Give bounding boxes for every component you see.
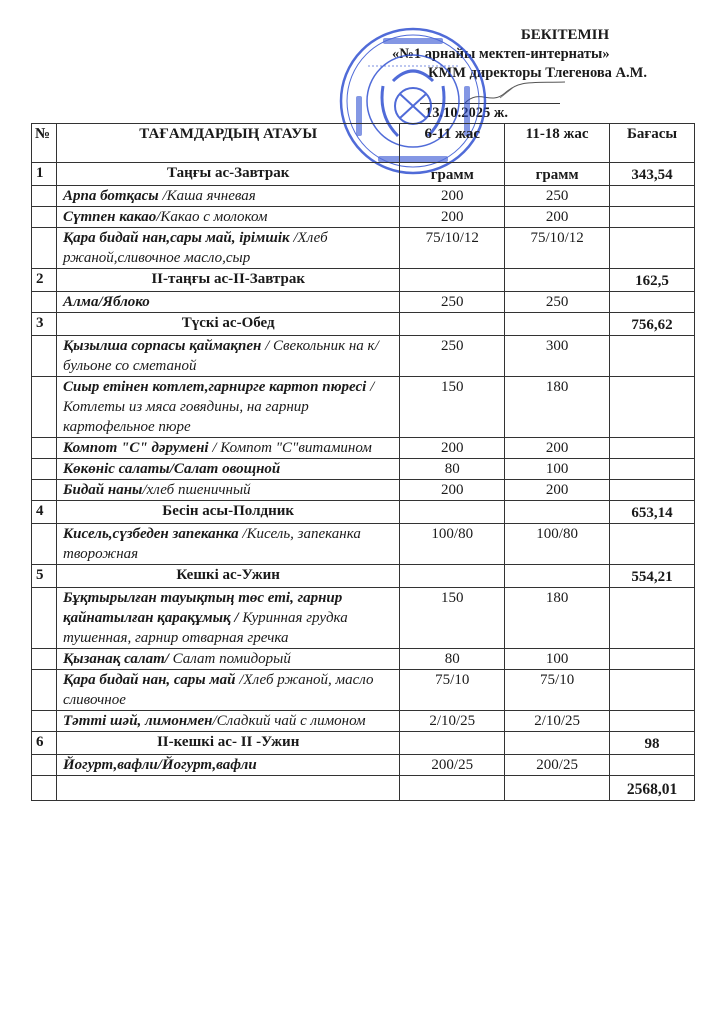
empty-cell	[505, 269, 610, 292]
empty-cell	[610, 670, 695, 711]
dish-name: Компот "С" дәрумені / Компот "С"витамино…	[56, 438, 399, 459]
dish-name: Қара бидай нан, сары май /Хлеб ржаной, м…	[56, 670, 399, 711]
dish-name-kazakh: Кисель,сүзбеден запеканка	[63, 526, 242, 542]
section-number: 1	[32, 163, 57, 186]
meal-section-row: 1Таңғы ас-Завтракграммграмм343,54	[32, 163, 695, 186]
empty-cell	[32, 459, 57, 480]
header-age-11-18: 11-18 жас	[505, 124, 610, 163]
dish-name: Бидай наны/хлеб пшеничный	[56, 480, 399, 501]
dish-name: Сүтпен какао/Какао с молоком	[56, 207, 399, 228]
total-price: 2568,01	[610, 776, 695, 801]
header-number: №	[32, 124, 57, 163]
dish-name-kazakh: Арпа ботқасы	[63, 188, 162, 204]
empty-cell	[610, 186, 695, 207]
empty-cell	[400, 732, 505, 755]
dish-name-kazakh: Тәтті шәй, лимонмен	[63, 713, 212, 729]
dish-name-kazakh: Көкөніс салаты/Салат овощной	[63, 461, 280, 477]
section-title: Түскі ас-Обед	[56, 313, 399, 336]
dish-name-kazakh: Компот "С" дәрумені	[63, 440, 212, 456]
empty-cell	[505, 313, 610, 336]
portion-11-18: 300	[505, 336, 610, 377]
menu-table: № ТАҒАМДАРДЫҢ АТАУЫ 6-11 жас 11-18 жас Б…	[31, 123, 695, 801]
empty-cell	[32, 480, 57, 501]
portion-6-11: 75/10	[400, 670, 505, 711]
dish-name-russian: /хлеб пшеничный	[142, 482, 250, 498]
portion-11-18: 100	[505, 649, 610, 670]
total-row: 2568,01	[32, 776, 695, 801]
empty-cell	[610, 480, 695, 501]
portion-6-11: 80	[400, 649, 505, 670]
empty-cell	[610, 207, 695, 228]
section-price: 653,14	[610, 501, 695, 524]
portion-6-11: 200	[400, 438, 505, 459]
empty-cell	[610, 336, 695, 377]
dish-row: Бидай наны/хлеб пшеничный200200	[32, 480, 695, 501]
empty-cell	[32, 776, 57, 801]
unit-grams-11-18: грамм	[505, 163, 610, 186]
empty-cell	[610, 292, 695, 313]
empty-cell	[505, 776, 610, 801]
dish-name: Тәтті шәй, лимонмен/Сладкий чай с лимоно…	[56, 711, 399, 732]
empty-cell	[400, 776, 505, 801]
section-price: 343,54	[610, 163, 695, 186]
empty-cell	[32, 524, 57, 565]
dish-name: Сиыр етінен котлет,гарнирге картоп пюрес…	[56, 377, 399, 438]
unit-grams-6-11: грамм	[400, 163, 505, 186]
empty-cell	[610, 755, 695, 776]
portion-6-11: 150	[400, 377, 505, 438]
meal-section-row: 6ІІ-кешкі ас- ІІ -Ужин98	[32, 732, 695, 755]
header-dish-name: ТАҒАМДАРДЫҢ АТАУЫ	[56, 124, 399, 163]
dish-row: Қызылша сорпасы қаймақпен / Свекольник н…	[32, 336, 695, 377]
section-number: 3	[32, 313, 57, 336]
portion-11-18: 100	[505, 459, 610, 480]
dish-name-kazakh: Алма/Яблоко	[63, 294, 150, 310]
empty-cell	[32, 670, 57, 711]
section-title: Бесін асы-Полдник	[56, 501, 399, 524]
dish-row: Көкөніс салаты/Салат овощной80100	[32, 459, 695, 480]
section-number: 5	[32, 565, 57, 588]
dish-name-russian: / Компот "С"витамином	[212, 440, 372, 456]
portion-11-18: 100/80	[505, 524, 610, 565]
portion-6-11: 75/10/12	[400, 228, 505, 269]
empty-cell	[32, 186, 57, 207]
dish-row: Сиыр етінен котлет,гарнирге картоп пюрес…	[32, 377, 695, 438]
dish-row: Қызанақ салат/ Салат помидорый80100	[32, 649, 695, 670]
empty-cell	[610, 524, 695, 565]
portion-11-18: 2/10/25	[505, 711, 610, 732]
section-number: 4	[32, 501, 57, 524]
section-number: 6	[32, 732, 57, 755]
table-header-row: № ТАҒАМДАРДЫҢ АТАУЫ 6-11 жас 11-18 жас Б…	[32, 124, 695, 163]
dish-name: Йогурт,вафли/Йогурт,вафли	[56, 755, 399, 776]
dish-name-kazakh: Йогурт,вафли/Йогурт,вафли	[63, 757, 257, 773]
portion-11-18: 200/25	[505, 755, 610, 776]
dish-row: Қара бидай нан, сары май /Хлеб ржаной, м…	[32, 670, 695, 711]
empty-cell	[32, 377, 57, 438]
empty-cell	[400, 565, 505, 588]
empty-cell	[610, 459, 695, 480]
dish-name-russian: /Какао с молоком	[156, 209, 267, 225]
portion-11-18: 180	[505, 588, 610, 649]
portion-11-18: 200	[505, 480, 610, 501]
meal-section-row: 5Кешкі ас-Ужин554,21	[32, 565, 695, 588]
empty-cell	[505, 565, 610, 588]
empty-cell	[610, 711, 695, 732]
dish-name-kazakh: Қызанақ салат/	[63, 651, 169, 667]
portion-11-18: 200	[505, 438, 610, 459]
section-title: Кешкі ас-Ужин	[56, 565, 399, 588]
dish-name: Кисель,сүзбеден запеканка /Кисель, запек…	[56, 524, 399, 565]
section-title: ІІ-таңғы ас-ІІ-Завтрак	[56, 269, 399, 292]
portion-11-18: 200	[505, 207, 610, 228]
dish-name-russian: /Каша ячневая	[162, 188, 255, 204]
section-price: 98	[610, 732, 695, 755]
portion-6-11: 200	[400, 186, 505, 207]
empty-cell	[32, 207, 57, 228]
dish-row: Тәтті шәй, лимонмен/Сладкий чай с лимоно…	[32, 711, 695, 732]
empty-cell	[610, 228, 695, 269]
portion-6-11: 200	[400, 207, 505, 228]
portion-11-18: 180	[505, 377, 610, 438]
empty-cell	[400, 313, 505, 336]
empty-cell	[32, 649, 57, 670]
dish-name-kazakh: Қара бидай нан,сары май, ірімшік	[63, 230, 290, 246]
dish-name-kazakh: Қара бидай нан, сары май	[63, 672, 239, 688]
dish-name-russian: /Сладкий чай с лимоном	[212, 713, 365, 729]
portion-6-11: 200/25	[400, 755, 505, 776]
empty-cell	[400, 269, 505, 292]
dish-name: Арпа ботқасы /Каша ячневая	[56, 186, 399, 207]
section-title: ІІ-кешкі ас- ІІ -Ужин	[56, 732, 399, 755]
dish-row: Компот "С" дәрумені / Компот "С"витамино…	[32, 438, 695, 459]
header-age-6-11: 6-11 жас	[400, 124, 505, 163]
portion-6-11: 250	[400, 336, 505, 377]
empty-cell	[32, 228, 57, 269]
header-price: Бағасы	[610, 124, 695, 163]
dish-row: Йогурт,вафли/Йогурт,вафли200/25200/25	[32, 755, 695, 776]
empty-cell	[610, 438, 695, 459]
empty-cell	[32, 438, 57, 459]
empty-cell	[505, 732, 610, 755]
portion-6-11: 200	[400, 480, 505, 501]
meal-section-row: 3Түскі ас-Обед756,62	[32, 313, 695, 336]
portion-6-11: 80	[400, 459, 505, 480]
portion-11-18: 75/10	[505, 670, 610, 711]
dish-name: Алма/Яблоко	[56, 292, 399, 313]
dish-row: Қара бидай нан,сары май, ірімшік /Хлеб р…	[32, 228, 695, 269]
empty-cell	[32, 588, 57, 649]
dish-row: Арпа ботқасы /Каша ячневая200250	[32, 186, 695, 207]
empty-cell	[505, 501, 610, 524]
section-price: 756,62	[610, 313, 695, 336]
empty-cell	[400, 501, 505, 524]
dish-name: Бұқтырылған тауықтың төс еті, гарнир қай…	[56, 588, 399, 649]
dish-name-kazakh: Сиыр етінен котлет,гарнирге картоп пюрес…	[63, 379, 370, 395]
meal-section-row: 4Бесін асы-Полдник653,14	[32, 501, 695, 524]
dish-name-russian: Салат помидорый	[169, 651, 291, 667]
dish-row: Сүтпен какао/Какао с молоком200200	[32, 207, 695, 228]
dish-row: Бұқтырылған тауықтың төс еті, гарнир қай…	[32, 588, 695, 649]
portion-11-18: 250	[505, 186, 610, 207]
empty-cell	[32, 292, 57, 313]
empty-cell	[32, 336, 57, 377]
empty-cell	[610, 377, 695, 438]
portion-6-11: 150	[400, 588, 505, 649]
portion-11-18: 75/10/12	[505, 228, 610, 269]
portion-6-11: 100/80	[400, 524, 505, 565]
meal-section-row: 2ІІ-таңғы ас-ІІ-Завтрак162,5	[32, 269, 695, 292]
section-title: Таңғы ас-Завтрак	[56, 163, 399, 186]
empty-cell	[56, 776, 399, 801]
dish-row: Алма/Яблоко250250	[32, 292, 695, 313]
portion-6-11: 250	[400, 292, 505, 313]
empty-cell	[610, 588, 695, 649]
dish-name-kazakh: Қызылша сорпасы қаймақпен	[63, 338, 265, 354]
section-number: 2	[32, 269, 57, 292]
dish-name-kazakh: Сүтпен какао	[63, 209, 156, 225]
dish-row: Кисель,сүзбеден запеканка /Кисель, запек…	[32, 524, 695, 565]
portion-6-11: 2/10/25	[400, 711, 505, 732]
dish-name: Қара бидай нан,сары май, ірімшік /Хлеб р…	[56, 228, 399, 269]
portion-11-18: 250	[505, 292, 610, 313]
empty-cell	[32, 711, 57, 732]
empty-cell	[610, 649, 695, 670]
dish-name-kazakh: Бидай наны	[63, 482, 142, 498]
dish-name: Қызанақ салат/ Салат помидорый	[56, 649, 399, 670]
section-price: 554,21	[610, 565, 695, 588]
dish-name: Қызылша сорпасы қаймақпен / Свекольник н…	[56, 336, 399, 377]
dish-name: Көкөніс салаты/Салат овощной	[56, 459, 399, 480]
section-price: 162,5	[610, 269, 695, 292]
empty-cell	[32, 755, 57, 776]
